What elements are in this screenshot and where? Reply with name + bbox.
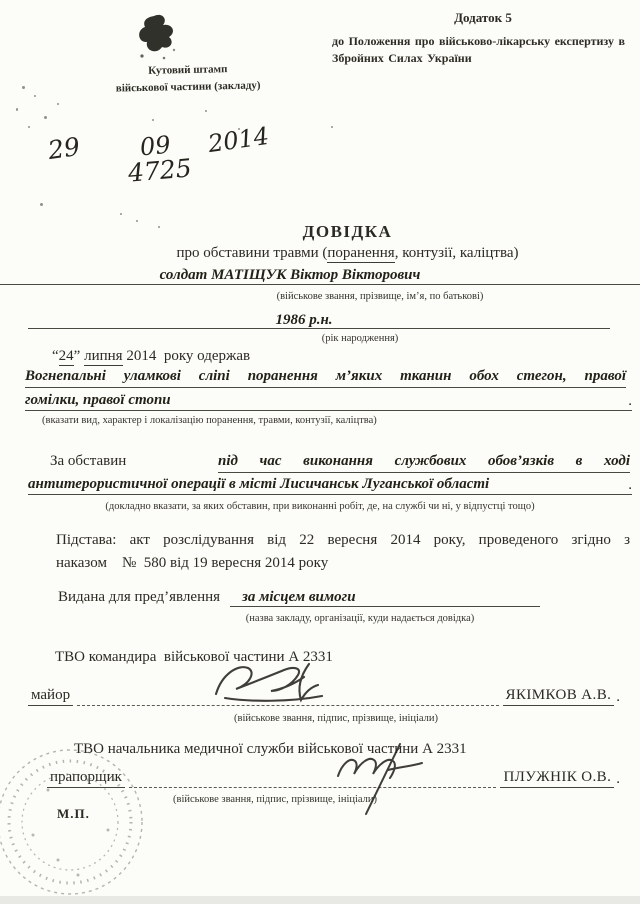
scan-speckle [331,126,333,128]
medical-name: ПЛУЖНІК О.В. [500,769,614,788]
handwritten-day: 29 [46,134,81,163]
received-day: 24 [59,348,74,366]
issued-value-line: за місцем вимоги [230,588,540,607]
injury-line2-row: гомілки, правої стопи . [25,390,632,411]
injury-line1: Вогнепальні уламкові сліпі поранення м’я… [25,367,626,388]
subtitle-injury-word: поранення [327,245,394,263]
received-date-line: “24” липня 2014 року одержав [52,347,250,366]
circumstances-label: За обставин [50,452,126,471]
certificate-page: Кутовий штамп військової частини (заклад… [0,0,640,904]
scan-speckle [34,95,36,97]
scan-speckle [40,203,43,206]
birth-year: 1986 р.н. [275,312,332,328]
appendix-reference: Додаток 5 до Положення про військово-лік… [332,10,634,68]
commander-name: ЯКІМКОВ А.В. [503,687,615,706]
injury-caption: (вказати вид, характер і локалізацію пор… [42,414,377,427]
handwritten-year: 2014 [207,124,271,156]
scan-speckle [16,108,18,111]
birth-year-line: 1986 р.н. [28,311,610,329]
scan-speckle [57,103,59,105]
birth-caption: (рік народження) [160,332,560,345]
injury-line2: гомілки, правої стопи [25,391,171,410]
scan-edge-strip [0,896,640,904]
scan-speckle [28,126,30,128]
corner-stamp-line2: військової частини (закладу) [88,77,288,98]
circumstances-line2: антитерористичної операції в місті Лисич… [28,475,489,494]
person-name: солдат МАТІЩУК Віктор Вікторович [160,267,421,283]
scan-speckle [205,110,207,112]
circumstances-end-dot: . [626,477,632,494]
circumstances-caption: (докладно вказати, за яких обставин, при… [40,500,600,513]
commander-signature [210,658,335,710]
person-caption: (військове звання, прізвище, ім’я, по ба… [180,290,580,303]
document-title: ДОВІДКА [0,222,640,242]
scan-speckle [22,86,25,89]
circumstances-line1: під час виконання службових обов’язків в… [218,452,630,473]
received-close-quote: ” [74,348,81,364]
scan-speckle [44,116,47,119]
scan-speckle [120,213,122,215]
issued-label: Видана для пред’явлення [58,588,220,607]
document-subtitle: про обставини травми (поранення, контузі… [0,245,640,262]
injury-end-dot: . [626,393,632,410]
round-stamp [0,730,178,904]
subtitle-post: , контузії, каліцтва) [395,245,519,261]
person-name-line: солдат МАТІЩУК Віктор Вікторович [0,266,640,285]
received-month: липня [84,348,122,366]
issued-caption: (назва закладу, організації, куди надаєт… [200,612,520,625]
commander-signature-caption: (військове звання, підпис, прізвище, іні… [136,712,536,725]
medical-end-dot: . [614,771,620,788]
scan-speckle [152,119,154,121]
medical-signature [328,736,443,821]
received-rest: 2014 року одержав [126,348,250,364]
commander-end-dot: . [614,689,620,706]
handwritten-number: 4725 [127,155,193,185]
appendix-line1: до Положення про військово-лікарську екс… [332,33,634,50]
corner-stamp: Кутовий штамп військової частини (заклад… [88,60,289,98]
circumstances-line2-row: антитерористичної операції в місті Лисич… [28,474,632,495]
received-open-quote: “ [52,348,59,364]
basis-line2: наказом № 580 від 19 вересня 2014 року [56,554,328,573]
issued-value: за місцем вимоги [242,589,356,605]
appendix-title: Додаток 5 [332,10,634,26]
appendix-line2: Збройних Силах України [332,50,634,67]
commander-rank: майор [28,687,73,706]
basis-line1: Підстава: акт розслідування від 22 верес… [56,531,630,550]
ink-blotch [134,12,180,62]
subtitle-pre: про обставини травми ( [177,245,328,261]
